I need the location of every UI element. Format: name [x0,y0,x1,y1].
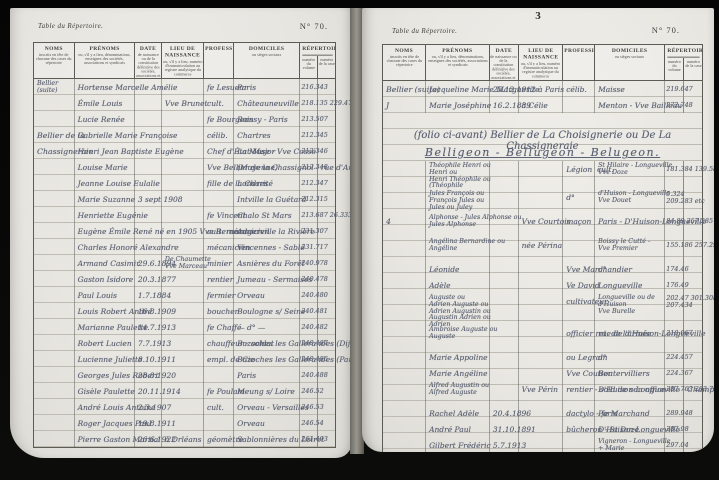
cell-lieu [162,239,204,255]
cell-domicile: Sablonnières du Loiret [234,431,300,447]
cell-nom [34,319,75,335]
cell-date [490,293,519,325]
cell-date [135,111,162,127]
cell-repertoire: 212.345 [300,127,335,143]
cell-profession: cult. mécanicien [204,223,234,239]
cell-nom: Chassigneraie [34,143,75,159]
cell-profession: dactylo - fe Marchand [563,405,595,421]
column-label: DATE [136,46,160,52]
cell-nom [383,421,426,437]
cell-domicile: Paris [234,367,300,383]
cell-repertoire: 240.482 [300,319,335,335]
cell-nom [383,405,426,421]
table-row: Louise MarieVve Bellier de la Chassignol… [34,159,335,175]
cell-domicile: rue de d'Huison-Longueville [595,325,665,349]
column-label: DOMICILES [237,46,297,52]
blank-row [383,113,702,125]
table-row: Louis Robert André16.8.1909boucherBoulog… [34,303,335,319]
cell-lieu [519,349,564,365]
cell-profession: célib. [563,81,595,97]
cell-lieu [519,437,564,452]
cell-prenoms: Émile Louis [75,95,135,111]
cell-date [135,223,162,239]
repertoire-subcolumn: numéro du volume [665,58,684,80]
cell-nom [383,325,426,349]
column-sublabel: ou, s'il y a lieu, dénominations, enseig… [427,55,489,68]
table-row: André Paul31.10.1891bûcheron - St DozeD'… [383,421,702,437]
column-header-nom: NOMSinscrits en tête de chacune des case… [383,45,426,80]
cell-lieu: Vve Périn [519,381,564,405]
page-left: Table du Répertoire. N° 70. NOMSinscrits… [10,8,352,458]
column-label: LIEU DE NAISSANCE [520,49,560,62]
cell-lieu [519,161,564,189]
table-row: ChassigneraieHenri Jean Baptiste EugèneC… [34,143,335,159]
cell-prenoms: Robert Lucien [75,335,135,351]
cell-repertoire: 216.343 [300,79,335,95]
cell-prenoms: Alfred Augustin ou Alfred Auguste [426,381,490,405]
column-header-profession: PROFESSIONS [563,45,595,80]
column-header-lieu: LIEU DE NAISSANCEou, s'il y a lieu, numé… [162,43,204,78]
column-header-prenoms: PRÉNOMSou, s'il y a lieu, dénominations,… [426,45,490,80]
cell-domicile: Bazoches les Gallerandes (Dijon) [234,335,300,351]
cell-nom [34,239,75,255]
cell-domicile: Boissy le Cutté - Vve Premier [595,237,665,261]
column-header-repertoire: RÉPERTOIREnuméro du volumenuméro de la c… [300,43,335,78]
scan-background: Table du Répertoire. N° 70. NOMSinscrits… [0,0,719,480]
cell-repertoire: 218.135 229.478 [300,95,335,111]
cell-date [490,277,519,293]
cell-prenoms: Alphonse - Jules Alphonse ou Jules Alpho… [426,213,490,237]
table-row: LéonideVve Marchandierd°174.46 [383,261,702,277]
cell-date [135,79,162,95]
column-sublabel: inscrits en tête de chacune des cases du… [383,55,424,68]
cell-nom [34,95,75,111]
cell-lieu [162,303,204,319]
cell-date [135,127,162,143]
cell-nom [34,351,75,367]
cell-profession: fe Lesueur [204,79,234,95]
cell-date: 26.6.1922 [135,431,162,447]
cell-prenoms: Angélina Bernardine ou Angéline [426,237,490,261]
cell-domicile: Orveau [234,287,300,303]
cell-repertoire: 287.763 283.792 [665,381,702,405]
cell-domicile: Paris [234,79,300,95]
cell-date: 20.11.1914 [135,383,162,399]
column-header-repertoire: RÉPERTOIREnuméro du volumenuméro de la c… [665,45,702,80]
column-sublabel: numéro de la case [684,60,701,68]
cell-domicile: Longueville ou de d'Huison Vve Burelle [595,293,665,325]
column-sublabel: numéro du volume [300,58,316,71]
cell-repertoire: 5.324 209.283 etc [665,189,702,213]
cell-repertoire: 224.457 [665,349,702,365]
cell-date: 19.8.1911 [135,415,162,431]
table-body-right: Bellier (suite)Jacqueline Marie Margueri… [383,81,702,452]
cell-date [490,381,519,405]
column-label: PROFESSIONS [564,48,592,54]
cell-lieu: De Chaumette Vve Marceau [162,255,204,271]
cell-lieu [162,223,204,239]
cell-repertoire: 272.748 [665,97,702,113]
cell-date: 16.8.1909 [135,303,162,319]
cell-domicile: d° [595,349,665,365]
cell-prenoms: Hortense Marcelle Amélie [75,79,135,95]
cell-date [135,95,162,111]
cell-domicile: D'Huison-Longueville - Champigny [595,381,665,405]
section-heading-text: Belligeon - Bellugeon - Belugeon. [383,145,702,161]
table-row: Auguste ou Adrien Auguste ou Adrien Augu… [383,293,702,325]
cell-lieu [162,175,204,191]
section-heading-text: (folio ci-avant) Bellier de La Choisigne… [383,125,702,145]
cell-lieu [519,293,564,325]
cell-prenoms: Louise Marie [75,159,135,175]
cell-date [490,365,519,381]
cell-nom [383,161,426,189]
cell-nom [34,191,75,207]
cell-nom [34,431,75,447]
table-row: Théophile Henri ou Henri ou Henri Théoph… [383,161,702,189]
column-header-lieu: LIEU DE NAISSANCEou, s'il y a lieu, numé… [519,45,564,80]
cell-repertoire: 240.480 [300,287,335,303]
cell-nom: Bellier de la [34,127,75,143]
column-sublabel: de naissance ou de la constitution défin… [135,53,161,78]
page-right-caption: Table du Répertoire. [392,27,457,35]
table-row: Paul Louis1.7.1884fermierOrveau240.480 [34,287,335,303]
table-row: Henriette Eugéniefe VincentChalo St Mars… [34,207,335,223]
cell-date [490,349,519,365]
cell-repertoire: 212.315 [300,191,335,207]
cell-prenoms: Henriette Eugénie [75,207,135,223]
cell-prenoms: Lucie Renée [75,111,135,127]
cell-prenoms: Roger Jacques Paul [75,415,135,431]
cell-repertoire: 231.717 [300,239,335,255]
cell-prenoms: Marie Suzanne [75,191,135,207]
cell-profession [204,191,234,207]
cell-domicile: Paris - D'Huison-Longueville [595,213,665,237]
cell-lieu: Vve Brunet [162,95,204,111]
cell-profession: empl. de Cie [204,351,234,367]
cell-prenoms: Lucienne Juliette [75,351,135,367]
repertoire-subcolumn: numéro du volume [300,56,318,78]
cell-date [135,239,162,255]
cell-date: 7.7.1913 [135,335,162,351]
column-sublabel: de naissance ou de la constitution défin… [490,55,517,80]
cell-prenoms: Charles Honoré Alexandre [75,239,135,255]
cell-domicile: Boulogne s/ Seine [234,303,300,319]
cell-lieu [519,81,564,97]
table-row: Gisèle Paulette20.11.1914fe PoulainMeung… [34,383,335,399]
column-label: RÉPERTOIRE [668,48,700,57]
cell-profession: d° [563,189,595,213]
cell-date: 25.12.1912 à Paris [490,81,519,97]
cell-date: 28.8.1920 [135,367,162,383]
cell-nom [34,303,75,319]
cell-repertoire: 246.53 [300,399,335,415]
cell-lieu [162,271,204,287]
column-header-domicile: DOMICILESou sièges sociaux [234,43,300,78]
cell-lieu [162,143,204,159]
cell-lieu [162,335,204,351]
column-sublabel: numéro du volume [665,60,682,73]
cell-repertoire: 240.478 [300,271,335,287]
cell-profession: fermier [204,287,234,303]
page-right-folio-number: N° 70. [652,25,680,35]
cell-date [135,159,162,175]
section-heading-row: Belligeon - Bellugeon - Belugeon. [383,145,702,161]
table-row: Jules François ou François Jules ou Jule… [383,189,702,213]
cell-repertoire: 240.488 [300,367,335,383]
cell-domicile: (Mayenne) [234,159,300,175]
table-row: Émile LouisVve Brunetcult.Châteauneuvill… [34,95,335,111]
column-label: NOMS [36,46,72,52]
cell-repertoire: 240.481 [300,303,335,319]
cell-lieu [519,189,564,213]
table-row: Marianne Paulette14.7.1913fe Chaffé— d° … [34,319,335,335]
cell-domicile: Augerville la Rivière [234,223,300,239]
cell-prenoms: Gabrielle Marie Françoise [75,127,135,143]
cell-repertoire: 231.307 [300,223,335,239]
page-left-caption: Table du Répertoire. [38,22,103,30]
cell-date: 1.7.1884 [135,287,162,303]
cell-profession: boucher [204,303,234,319]
cell-nom [383,437,426,452]
cell-prenoms: Marianne Paulette [75,319,135,335]
cell-repertoire: 155.186 257.291 [665,237,702,261]
cell-lieu [519,365,564,381]
cell-domicile: d° [595,261,665,277]
cell-domicile: Chalo St Mars [234,207,300,223]
page-number: 3 [362,10,714,22]
cell-prenoms: Léonide [426,261,490,277]
cell-domicile: Asnières du Forêt [234,255,300,271]
cell-prenoms: André Louis Antoine [75,399,135,415]
cell-repertoire: 212.346 [300,143,335,159]
cell-domicile: Intville la Guétard [234,191,300,207]
cell-repertoire: 289.948 [665,405,702,421]
column-sublabel: ou sièges sociaux [596,55,664,59]
table-row: Angélina Bernardine ou Angélinenée Périn… [383,237,702,261]
cell-profession: bûcheron - St Doze [563,421,595,437]
table-row: Bellier (suite)Jacqueline Marie Margueri… [383,81,702,97]
column-label: PRÉNOMS [429,48,487,54]
table-header-left: NOMSinscrits en tête de chacune des case… [34,43,335,79]
page-left-folio-number: N° 70. [300,21,328,31]
column-sublabel: ou, s'il y a lieu, numéro d'immatriculat… [162,60,202,77]
cell-profession [204,367,234,383]
cell-nom [34,415,75,431]
repertoire-subcolumns: numéro du volumenuméro de la case [665,58,702,80]
cell-lieu [162,79,204,95]
cell-prenoms: Gisèle Paulette [75,383,135,399]
cell-profession: rentier - sold de son office [563,381,595,405]
column-label: PRÉNOMS [77,46,131,52]
cell-repertoire: 84.89 257.285 [665,213,702,237]
table-row: Marie AngélineVve CoutierBoutervilliers2… [383,365,702,381]
cell-nom: 4 [383,213,426,237]
cell-prenoms: Paul Louis [75,287,135,303]
cell-profession: minier [204,255,234,271]
repertoire-subcolumn: numéro de la case [318,56,335,78]
cell-nom [383,261,426,277]
column-header-profession: PROFESSIONS [204,43,234,78]
cell-profession: Ve David [563,277,595,293]
cell-profession: fe Vincent [204,207,234,223]
cell-nom [34,367,75,383]
cell-domicile: St Hilaire - Longueville Vve Doze [595,161,665,189]
table-row: AdèleVe DavidLongueville176.49 [383,277,702,293]
table-header-right: NOMSinscrits en tête de chacune des case… [383,45,702,81]
table-row: Marie Appolineou Legraind°224.457 [383,349,702,365]
repertoire-subcolumns: numéro du volumenuméro de la case [300,56,335,78]
cell-date: 2.3.1907 [135,399,162,415]
cell-domicile: Vigneron - Longueville + Marie [595,437,665,452]
cell-repertoire: 213.507 [300,111,335,127]
cell-repertoire: 246.52 [300,383,335,399]
cell-repertoire: 287.98 [665,421,702,437]
cell-date: 3 sept 1908 [135,191,162,207]
column-header-date: DATEde naissance ou de la constitution d… [490,45,519,80]
cell-nom [34,111,75,127]
cell-prenoms: André Paul [426,421,490,437]
cell-domicile: Orveau [234,415,300,431]
cell-profession: fe Poulain [204,383,234,399]
cell-nom [34,271,75,287]
cell-domicile: Orveau - Versailles [234,399,300,415]
cell-nom [383,237,426,261]
cell-profession: cult. [204,95,234,111]
table-row: 4Alphonse - Jules Alphonse ou Jules Alph… [383,213,702,237]
cell-profession: ou Legrain [563,349,595,365]
cell-lieu: née Périna [519,237,564,261]
column-header-prenoms: PRÉNOMSou, s'il y a lieu, dénominations,… [75,43,135,78]
cell-domicile: — d° — [234,319,300,335]
cell-repertoire: 240.978 [300,255,335,271]
cell-date [135,143,162,159]
cell-lieu [162,383,204,399]
cell-profession: cultivateur [563,293,595,325]
cell-nom [34,255,75,271]
cell-nom [383,381,426,405]
cell-date [490,325,519,349]
cell-prenoms: Auguste ou Adrien Auguste ou Adrien Augu… [426,293,490,325]
cell-domicile: d'Huison - Longueville Vve Douet [595,189,665,213]
column-label: DOMICILES [598,48,662,54]
table-row: Roger Jacques Paul19.8.1911Orveau246.54 [34,415,335,431]
cell-domicile: Paris [595,405,665,421]
cell-repertoire: 297.04 [665,437,702,452]
cell-repertoire: 213.687 26.333 [300,207,335,223]
table-row: Rachel Adèle20.4.1896dactylo - fe Marcha… [383,405,702,421]
table-row: Charles Honoré AlexandremécanicienVincen… [34,239,335,255]
cell-prenoms: Jules François ou François Jules ou Jule… [426,189,490,213]
cell-profession: cult. [204,399,234,415]
cell-prenoms: Marie Angéline [426,365,490,381]
cell-nom: Bellier (suite) [34,79,75,95]
cell-profession [563,237,595,261]
cell-lieu [519,261,564,277]
cell-date: 20.3.1877 [135,271,162,287]
cell-prenoms: Gilbert Frédéric [426,437,490,452]
cell-nom [383,349,426,365]
cell-nom: J [383,97,426,113]
cell-nom [34,175,75,191]
register-table-right: NOMSinscrits en tête de chacune des case… [382,44,703,452]
table-row: Gaston Isidore20.3.1877rentierJumeau - S… [34,271,335,287]
column-sublabel: numéro de la case [318,58,334,66]
cell-repertoire: 212.348 [300,159,335,175]
cell-profession: Vve Marchandier [563,261,595,277]
cell-lieu [162,287,204,303]
table-row: Ambroise Auguste ou Augusteofficier ret.… [383,325,702,349]
cell-domicile: Vincennes - Sablé [234,239,300,255]
cell-profession: Vve Coutier [563,365,595,381]
cell-lieu: Vve Courtois [519,213,564,237]
column-sublabel: ou sièges sociaux [235,53,299,57]
column-sublabel: ou, s'il y a lieu, numéro d'immatriculat… [519,62,562,79]
cell-domicile: Meung s/ Loire [234,383,300,399]
column-label: DATE [491,48,516,54]
cell-profession: maçon [563,213,595,237]
cell-date: 5.7.1913 [490,437,519,452]
cell-profession: mécanicien [204,239,234,255]
cell-profession: célib. [204,127,234,143]
cell-profession: Chef d'État-Major [204,143,234,159]
table-row: Lucie Renéefe BourgeonBoissy - Paris213.… [34,111,335,127]
cell-domicile: Bazoches les Gallerandes (Paris) [234,351,300,367]
cell-date: 29.6.1894 [135,255,162,271]
cell-date [490,189,519,213]
cell-prenoms: Ambroise Auguste ou Auguste [426,325,490,349]
cell-prenoms: Marie Appoline [426,349,490,365]
cell-repertoire: 246.54 [300,415,335,431]
cell-profession: officier ret. de l'armée [563,325,595,349]
cell-domicile: Maisse [595,81,665,97]
table-row: Armand Casimir29.6.1894De Chaumette Vve … [34,255,335,271]
cell-nom [34,335,75,351]
column-label: NOMS [385,48,424,54]
table-row: Pierre Gaston Martial26.6.1922à Orléansg… [34,431,335,447]
table-row: Robert Lucien7.7.1913chauffeur - soldatB… [34,335,335,351]
cell-lieu [162,191,204,207]
cell-prenoms: Théophile Henri ou Henri ou Henri Théoph… [426,161,490,189]
cell-date: 16.2.1889 [490,97,519,113]
table-row: Bellier (suite)Hortense Marcelle Amélief… [34,79,335,95]
cell-prenoms: Louis Robert André [75,303,135,319]
cell-nom [34,287,75,303]
cell-repertoire: 174.46 [665,261,702,277]
register-table-left: NOMSinscrits en tête de chacune des case… [33,42,336,448]
cell-prenoms: Marie Joséphine [426,97,490,113]
cell-date: 31.10.1891 [490,421,519,437]
cell-date [135,175,162,191]
cell-prenoms: Georges Jules Robert [75,367,135,383]
scanned-register-spread: { "colors": { "background": "#0b0b09", "… [0,0,719,480]
cell-date [490,213,519,237]
cell-date [490,161,519,189]
cell-nom [383,365,426,381]
cell-prenoms: Gaston Isidore [75,271,135,287]
cell-prenoms: Rachel Adèle [426,405,490,421]
cell-nom [34,159,75,175]
table-row: Lucienne Juliette8.10.1911empl. de CieBa… [34,351,335,367]
cell-domicile: Chartres [234,127,300,143]
cell-repertoire: 176.49 [665,277,702,293]
cell-lieu [162,351,204,367]
table-row: JMarie Joséphine16.2.1889à CélieMenton -… [383,97,702,113]
column-sublabel: ou, s'il y a lieu, dénominations, enseig… [75,53,133,66]
cell-nom [34,399,75,415]
column-header-domicile: DOMICILESou sièges sociaux [595,45,665,80]
cell-nom [34,207,75,223]
